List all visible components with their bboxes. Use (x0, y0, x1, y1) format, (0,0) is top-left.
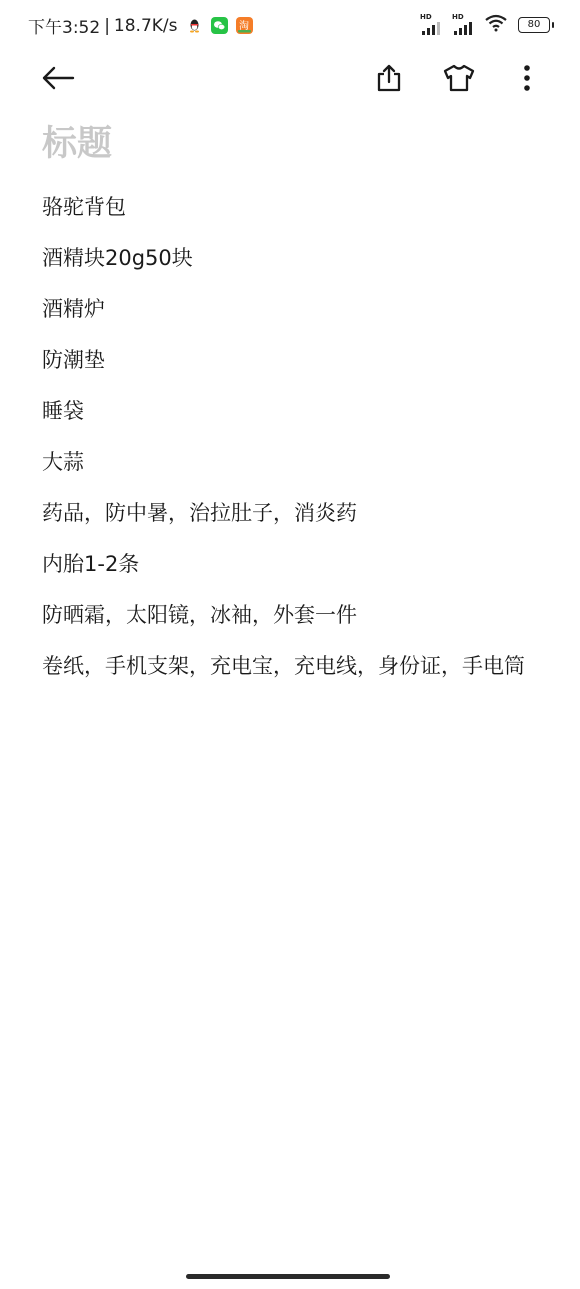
theme-button[interactable] (439, 58, 479, 98)
note-line: 内胎1-2条 (42, 543, 542, 586)
share-icon (375, 63, 403, 93)
note-line: 药品，防中暑，治拉肚子，消炎药 (42, 492, 542, 535)
note-line: 骆驼背包 (42, 186, 542, 229)
note-line: 防晒霜，太阳镜，冰袖，外套一件 (42, 594, 542, 637)
note-line: 酒精块20g50块 (42, 237, 542, 280)
wechat-icon (211, 17, 228, 34)
net-speed: 18.7K/s (114, 16, 178, 36)
note-line: 酒精炉 (42, 288, 542, 331)
note-body-editor[interactable]: 骆驼背包 酒精块20g50块 酒精炉 防潮垫 睡袋 大蒜 药品，防中暑，治拉肚子… (42, 186, 542, 696)
back-button[interactable] (38, 58, 78, 98)
separator: | (104, 16, 110, 36)
status-left: 下午3:52 | 18.7K/s 淘 (28, 13, 253, 38)
toolbar (0, 50, 580, 106)
note-line: 防潮垫 (42, 339, 542, 382)
wifi-icon (484, 14, 508, 36)
status-right: HD HD 80 (420, 14, 550, 36)
clock: 下午3:52 (28, 13, 100, 38)
battery-icon: 80 (518, 17, 550, 33)
signal-icon: HD (420, 15, 446, 35)
status-bar: 下午3:52 | 18.7K/s 淘 HD HD 80 (0, 0, 580, 50)
note-title-input[interactable]: 标题 (42, 116, 112, 166)
taobao-icon: 淘 (236, 17, 253, 34)
note-line: 卷纸，手机支架，充电宝，充电线，身份证，手电筒 (42, 645, 542, 688)
note-line: 睡袋 (42, 390, 542, 433)
arrow-left-icon (41, 66, 75, 90)
share-button[interactable] (369, 58, 409, 98)
qq-icon (186, 17, 203, 34)
note-line: 大蒜 (42, 441, 542, 484)
more-vertical-icon (523, 64, 531, 92)
theme-shirt-icon (443, 63, 475, 93)
home-indicator[interactable] (186, 1274, 390, 1279)
signal-icon: HD (452, 15, 478, 35)
more-button[interactable] (507, 58, 547, 98)
